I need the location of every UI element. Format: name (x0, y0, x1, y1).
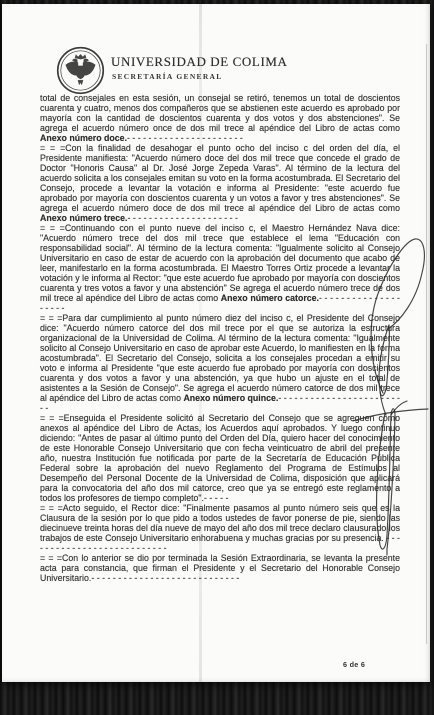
department-name: SECRETARÍA GENERAL (111, 72, 288, 81)
document-body: total de consejales en esta sesión, un c… (40, 93, 400, 583)
document-page: UNIVERSIDAD DE COLIMA SECRETARÍA GENERAL… (2, 4, 430, 682)
paragraph-text: = = =Con la finalidad de desahogar el pu… (40, 143, 400, 213)
annex-bold-text: Anexo número trece. (40, 213, 128, 223)
paragraph-text: total de consejales en esta sesión, un c… (40, 93, 400, 133)
letterhead-titles: UNIVERSIDAD DE COLIMA SECRETARÍA GENERAL (111, 46, 288, 81)
scanned-document: UNIVERSIDAD DE COLIMA SECRETARÍA GENERAL… (0, 0, 434, 715)
paragraph: = = =Con la finalidad de desahogar el pu… (40, 143, 400, 223)
paragraph-text: = = =Con lo anterior se dio por terminad… (40, 553, 400, 583)
paragraph-text: = = =Continuando con el punto nueve del … (40, 223, 400, 303)
page-number: 6 de 6 (343, 660, 365, 669)
paragraph: = = =Con lo anterior se dio por terminad… (40, 553, 400, 583)
university-name: UNIVERSIDAD DE COLIMA (111, 54, 288, 70)
university-seal-icon (56, 46, 105, 95)
annex-bold-text: Anexo número catorce. (221, 293, 319, 303)
page-right-edge (426, 44, 427, 644)
paragraph: total de consejales en esta sesión, un c… (40, 93, 400, 143)
paragraph-text: - - - - - - - - - - - - - - - - - - - - … (127, 133, 243, 143)
paragraph: = = =Acto seguido, el Rector dice: "Fina… (40, 503, 400, 553)
paragraph-text: = = =Enseguida el Presidente solicitó al… (40, 413, 400, 503)
annex-bold-text: Anexo número doce. (40, 133, 127, 143)
annex-bold-text: Anexo número quince. (183, 393, 278, 403)
letterhead: UNIVERSIDAD DE COLIMA SECRETARÍA GENERAL (56, 46, 288, 95)
paragraph: = = =Para dar cumplimiento al punto núme… (40, 313, 400, 413)
paragraph-text: = = =Acto seguido, el Rector dice: "Fina… (40, 503, 400, 553)
paragraph: = = =Enseguida el Presidente solicitó al… (40, 413, 400, 503)
paragraph-text: - - - - - - - - - - - - - - - - - - - - … (128, 213, 238, 223)
paragraph-text: = = =Para dar cumplimiento al punto núme… (40, 313, 400, 403)
paragraph: = = =Continuando con el punto nueve del … (40, 223, 400, 313)
